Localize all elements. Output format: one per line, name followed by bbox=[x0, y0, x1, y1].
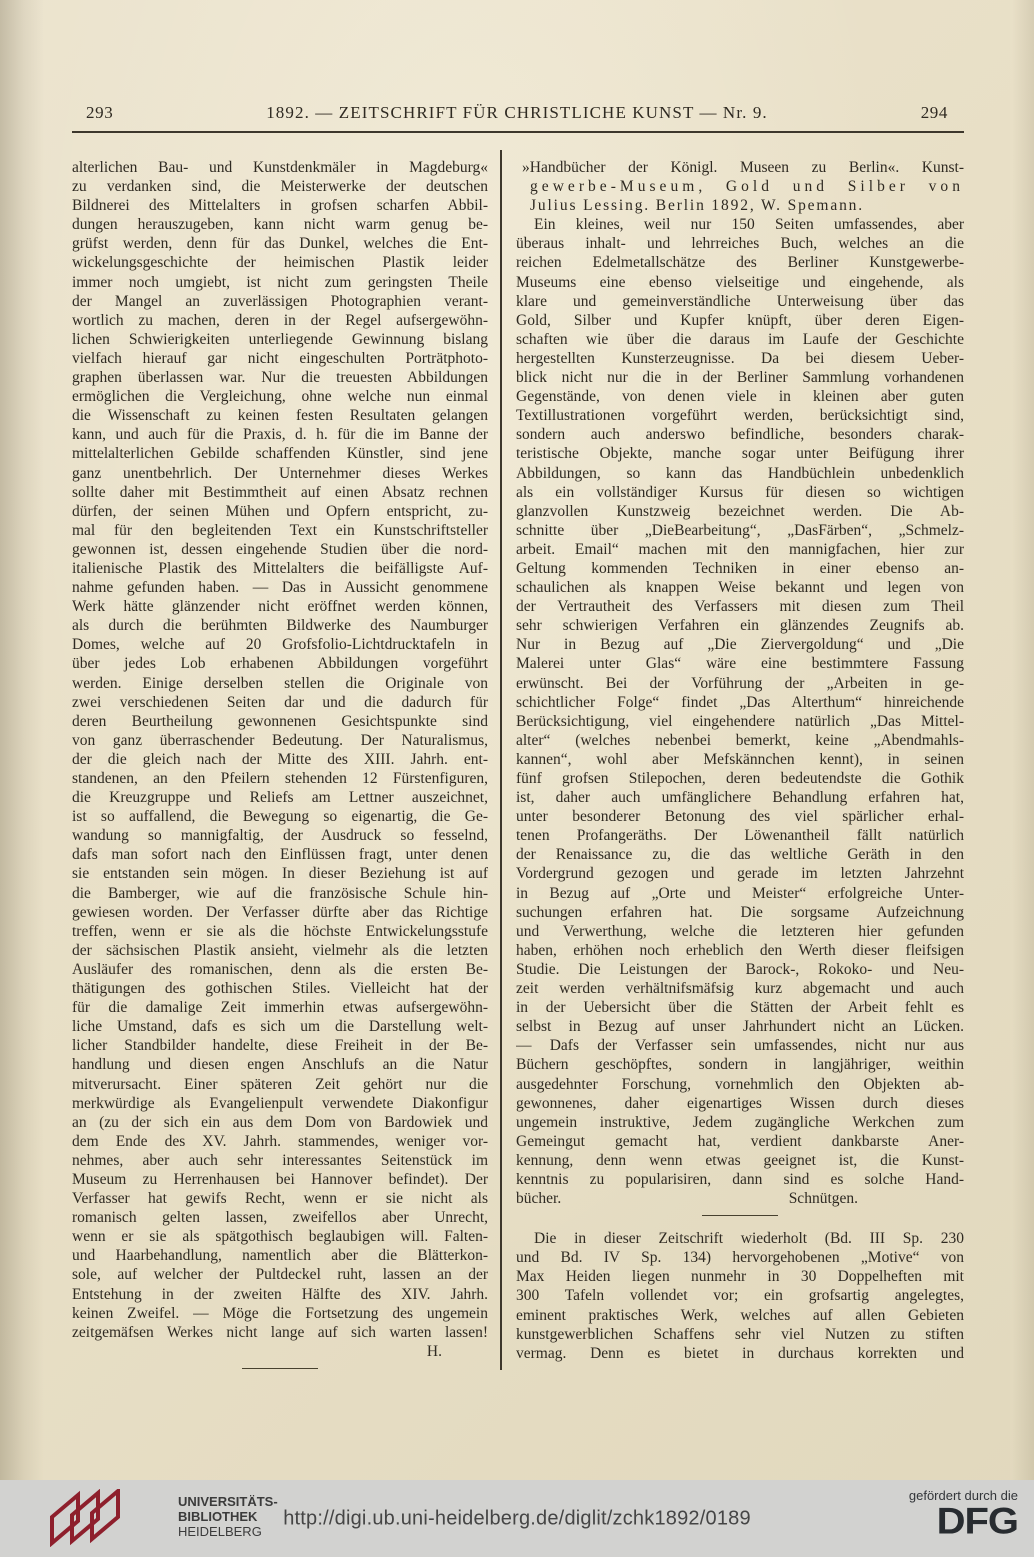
text-line: in der Uebersicht über die Stätten der A… bbox=[516, 998, 964, 1017]
text-line: eminent praktisches Werk, welches auf al… bbox=[516, 1306, 964, 1325]
text-line: die Kreuzgruppe und Reliefs am Lettner a… bbox=[72, 788, 488, 807]
text-line: an (zu der sich ein aus dem Dom von Bard… bbox=[72, 1113, 488, 1132]
text-line: Textillustrationen vorgeführt werden, be… bbox=[516, 406, 964, 425]
text-line: ist, daher auch umfänglichere Behandlung… bbox=[516, 788, 964, 807]
text-line: deren Beurtheilung gewonnenen Gesichtspu… bbox=[72, 712, 488, 731]
text-line: Geltung kommenden Techniken in einer ebe… bbox=[516, 559, 964, 578]
text-line: schaulichen als knappen Weise bekannt un… bbox=[516, 578, 964, 597]
text-line: Nur in Bezug auf „Die Ziervergoldung“ un… bbox=[516, 635, 964, 654]
text-line: sie entstanden sein mögen. In dieser Bez… bbox=[72, 864, 488, 883]
text-line: der die gleich nach der Mitte des XIII. … bbox=[72, 750, 488, 769]
text-line: schaften wie über die daraus im Laufe de… bbox=[516, 330, 964, 349]
text-line: Berücksichtigung, viel eingehendere natü… bbox=[516, 712, 964, 731]
text-line: alterlichen Bau- und Kunstdenkmäler in M… bbox=[72, 158, 488, 177]
text-line: tenen Profangeräths. Der Löwenantheil fä… bbox=[516, 826, 964, 845]
ub-label-line: BIBLIOTHEK bbox=[178, 1509, 278, 1524]
text-line: ausgedehnter Forschung, vornehmlich den … bbox=[516, 1075, 964, 1094]
ub-heidelberg-label: UNIVERSITÄTS- BIBLIOTHEK HEIDELBERG bbox=[178, 1494, 278, 1539]
text-line: ganz unentbehrlich. Der Unternehmer dies… bbox=[72, 464, 488, 483]
text-line: glanzvollen Kunstzweig bezeichnet werden… bbox=[516, 502, 964, 521]
text-line: merkwürdige als Evangelienpult verwendet… bbox=[72, 1094, 488, 1113]
scanned-journal-page: 293 1892. — ZEITSCHRIFT FÜR CHRISTLICHE … bbox=[0, 0, 1034, 1557]
digitization-footer-bar: UNIVERSITÄTS- BIBLIOTHEK HEIDELBERG http… bbox=[0, 1480, 1034, 1557]
text-line: — Dafs der Verfasser sein umfassendes, n… bbox=[516, 1036, 964, 1055]
text-line: standenen, an den Pfeilern stehenden 12 … bbox=[72, 769, 488, 788]
text-line: dafs man sofort nach den Einflüssen frag… bbox=[72, 845, 488, 864]
text-line: arbeit. Email“ machen mit den mannigfach… bbox=[516, 540, 964, 559]
text-line: sollte daher mit Bestimmtheit auf einen … bbox=[72, 483, 488, 502]
scan-shadow-right bbox=[1012, 0, 1034, 1480]
text-line: der Renaissance zu, die das weltliche Ge… bbox=[516, 845, 964, 864]
text-line: überaus inhalt- und lehrreiches Buch, we… bbox=[516, 234, 964, 253]
text-line: Werk hätte glänzender nicht eröffnet wer… bbox=[72, 597, 488, 616]
ub-label-line: HEIDELBERG bbox=[178, 1524, 278, 1539]
left-column: alterlichen Bau- und Kunstdenkmäler in M… bbox=[72, 158, 488, 1382]
text-line: der sächsischen Plastik ansieht, vielmeh… bbox=[72, 941, 488, 960]
article-end-rule bbox=[702, 1215, 778, 1216]
page-header: 293 1892. — ZEITSCHRIFT FÜR CHRISTLICHE … bbox=[86, 103, 948, 123]
text-line: gewonnenes, daher eigenartiges Wissen du… bbox=[516, 1094, 964, 1113]
text-line: vielfach hierauf gar nicht eingeschulten… bbox=[72, 349, 488, 368]
text-line: blick nicht nur die in der Berliner Samm… bbox=[516, 368, 964, 387]
text-line: wortlich zu machen, deren in der Regel a… bbox=[72, 311, 488, 330]
text-line: zeitgemäfsen Werkes nicht lange auf sich… bbox=[72, 1323, 488, 1342]
text-line: Bildnerei des Mittelalters in grofsen sc… bbox=[72, 196, 488, 215]
text-line: sehr schwierigen Verfahren ein glänzende… bbox=[516, 616, 964, 635]
text-line: Die in dieser Zeitschrift wiederholt (Bd… bbox=[516, 1229, 964, 1248]
text-line: liche Umstand, dafs es sich um die Darst… bbox=[72, 1017, 488, 1036]
dfg-funding-block: gefördert durch die DFG bbox=[909, 1488, 1018, 1542]
text-line: selbst in Bezug auf unser Jahrhundert ni… bbox=[516, 1017, 964, 1036]
text-line: Büchern geschöpftes, sondern in langjähr… bbox=[516, 1055, 964, 1074]
text-line: ungemein instruktive, Jedem zugängliche … bbox=[516, 1113, 964, 1132]
text-line: Vordergrund gezogen und gerade im letzte… bbox=[516, 864, 964, 883]
text-line: der Mangel an zuverlässigen Photographie… bbox=[72, 292, 488, 311]
text-line: italienische Plastik des Mittelalters di… bbox=[72, 559, 488, 578]
text-line: unter besonderer Betonung des viel spärl… bbox=[516, 807, 964, 826]
column-number-left: 293 bbox=[86, 103, 146, 123]
text-line: romanisch gelten lassen, zweifellos aber… bbox=[72, 1208, 488, 1227]
journal-title: 1892. — ZEITSCHRIFT FÜR CHRISTLICHE KUNS… bbox=[146, 103, 888, 123]
text-line: Ein kleines, weil nur 150 Seiten umfasse… bbox=[516, 215, 964, 234]
text-line: licher Standbilder handelte, diese Freih… bbox=[72, 1036, 488, 1055]
text-line: kunstgewerblichen Schaffens sehr viel Nu… bbox=[516, 1325, 964, 1344]
text-line: alter“ (welches nebenbei bemerkt, keine … bbox=[516, 731, 964, 750]
text-line: lichen Schwierigkeiten unterliegende Gew… bbox=[72, 330, 488, 349]
text-line: zeit werden verhältnifsmäfsig kurz abgem… bbox=[516, 979, 964, 998]
text-line: ermöglichen die Vergleichung, ohne welch… bbox=[72, 387, 488, 406]
dfg-logo: DFG bbox=[909, 1504, 1018, 1539]
text-line: ist so auffallend, die Bewegung so eigen… bbox=[72, 807, 488, 826]
text-line: handlung und diesen engen Anschlufs an d… bbox=[72, 1055, 488, 1074]
review-heading-line: Julius Lessing. Berlin 1892, W. Spemann. bbox=[516, 196, 964, 215]
review-signature-row: bücher. Schnütgen. bbox=[516, 1189, 964, 1208]
text-line: mal für den begleitenden Text ein Kunsts… bbox=[72, 521, 488, 540]
text-line: Domes, welche auf 20 Grofsfolio-Lichtdru… bbox=[72, 635, 488, 654]
review-heading-line: gewerbe-Museum, Gold und Silber von bbox=[516, 177, 964, 196]
text-line: kannen“, wohl aber Mefskännchen kennt), … bbox=[516, 750, 964, 769]
text-line: wickelungsgeschichte der heimischen Plas… bbox=[72, 253, 488, 272]
text-line: haben, erhöhen noch erheblich den Werth … bbox=[516, 941, 964, 960]
text-line: schnitte über „DieBearbeitung“, „DasFärb… bbox=[516, 521, 964, 540]
ub-heidelberg-books-icon bbox=[38, 1489, 148, 1547]
text-line: dürfen, der seinen Mühen und Opfern ents… bbox=[72, 502, 488, 521]
text-line: Ausläufer des romanischen, denn als die … bbox=[72, 960, 488, 979]
text-line: immer noch umgiebt, ist nicht zum gering… bbox=[72, 273, 488, 292]
text-line: Verfasser hat gewifs Recht, wenn er sie … bbox=[72, 1189, 488, 1208]
text-line: grüfst werden, denn für das Dunkel, welc… bbox=[72, 234, 488, 253]
review-heading-line: »Handbücher der Königl. Museen zu Berlin… bbox=[516, 158, 964, 177]
text-line: als durch die berühmten Bildwerke des Na… bbox=[72, 616, 488, 635]
text-line: von ganz überraschender Bedeutung. Der N… bbox=[72, 731, 488, 750]
text-line: für die damalige Zeit immerhin etwas auf… bbox=[72, 998, 488, 1017]
text-line: treffen, wenn er sie als die höchste Ent… bbox=[72, 922, 488, 941]
text-line: zu verdanken sind, die Meisterwerke der … bbox=[72, 177, 488, 196]
notice-text: Die in dieser Zeitschrift wiederholt (Bd… bbox=[516, 1229, 964, 1363]
text-line: vermag. Denn es bietet in durchaus korre… bbox=[516, 1344, 964, 1363]
text-line: teristische Objekte, manche sogar unter … bbox=[516, 444, 964, 463]
text-line: die Wissenschaft zu keinen festen Result… bbox=[72, 406, 488, 425]
text-line: als ein vollständiger Kursus für diesen … bbox=[516, 483, 964, 502]
ub-label-line: UNIVERSITÄTS- bbox=[178, 1494, 278, 1509]
text-line: wenn er sie als spätgothisch beglaubigen… bbox=[72, 1227, 488, 1246]
scan-shadow-left bbox=[0, 0, 44, 1480]
text-line: keinen Zweifel. — Möge die Fortsetzung d… bbox=[72, 1304, 488, 1323]
text-line: Max Heiden liegen nunmehr in 30 Doppelhe… bbox=[516, 1267, 964, 1286]
text-line: fünf grofsen Stilepochen, deren bedeuten… bbox=[516, 769, 964, 788]
right-column: »Handbücher der Königl. Museen zu Berlin… bbox=[516, 158, 964, 1363]
text-line: Gemeingut gemacht hat, verdient dankbars… bbox=[516, 1132, 964, 1151]
text-line: Gold, Silber und Kupfer knüpft, über der… bbox=[516, 311, 964, 330]
text-line: 300 Tafeln vollendet vor; ein grofsartig… bbox=[516, 1286, 964, 1305]
text-line: erwünscht. Bei der Vorführung der „Arbei… bbox=[516, 674, 964, 693]
text-line: Malerei unter Glas“ wäre eine bestimmter… bbox=[516, 654, 964, 673]
left-column-text: alterlichen Bau- und Kunstdenkmäler in M… bbox=[72, 158, 488, 1342]
text-line: graphen überlassen war. Nur die treueste… bbox=[72, 368, 488, 387]
text-line: dem Ende des XV. Jahrh. stammendes, weni… bbox=[72, 1132, 488, 1151]
text-line: hergestellten Kunsterzeugnisse. Da bei d… bbox=[516, 349, 964, 368]
text-line: schichtlicher Folge“ findet „Das Alterth… bbox=[516, 693, 964, 712]
text-line: sole, auf welcher der Pultdeckel ruht, l… bbox=[72, 1265, 488, 1284]
text-line: wandung so mannigfaltig, der Ausdruck so… bbox=[72, 826, 488, 845]
column-number-right: 294 bbox=[888, 103, 948, 123]
article-end-rule bbox=[242, 1368, 318, 1369]
text-line: zwei verschiedenen Seiten dar und die da… bbox=[72, 693, 488, 712]
text-line: gewiesen worden. Der Verfasser dürfte ab… bbox=[72, 903, 488, 922]
review-last-word: bücher. bbox=[516, 1189, 561, 1208]
text-line: Studie. Die Leistungen der Barock-, Roko… bbox=[516, 960, 964, 979]
text-line: und Haarbehandlung, namentlich aber die … bbox=[72, 1246, 488, 1265]
text-line: und Verwerthung, welche die letzteren hi… bbox=[516, 922, 964, 941]
text-line: gewonnen ist, dessen eingehende Studien … bbox=[72, 540, 488, 559]
text-line: dungen herauszugeben, kann nicht warm ge… bbox=[72, 215, 488, 234]
text-line: thätigungen des gothischen Stiles. Viell… bbox=[72, 979, 488, 998]
text-line: die Bamberger, wie auf die französische … bbox=[72, 884, 488, 903]
column-divider bbox=[500, 150, 502, 1370]
text-line: nahme gefunden haben. — Das in Aussicht … bbox=[72, 578, 488, 597]
author-initial: H. bbox=[72, 1342, 488, 1361]
text-line: reichen Edelmetallschätze des Berliner K… bbox=[516, 253, 964, 272]
text-line: werden. Einige derselben stellen die Ori… bbox=[72, 674, 488, 693]
author-signature: Schnütgen. bbox=[789, 1189, 858, 1208]
text-line: Museums eine ebenso vielseitige und eing… bbox=[516, 273, 964, 292]
review-body-text: Ein kleines, weil nur 150 Seiten umfasse… bbox=[516, 215, 964, 1189]
text-line: suchungen erfahren hat. Die sorgsame Auf… bbox=[516, 903, 964, 922]
text-line: über jedes Lob erhabenen Abbildungen vor… bbox=[72, 654, 488, 673]
text-line: und Bd. IV Sp. 134) hervorgehobenen „Mot… bbox=[516, 1248, 964, 1267]
text-line: nehmes, aber auch sehr interessantes Sei… bbox=[72, 1151, 488, 1170]
text-line: in Bezug auf „Orte und Meister“ erfolgre… bbox=[516, 884, 964, 903]
digitization-url: http://digi.ub.uni-heidelberg.de/diglit/… bbox=[283, 1507, 751, 1530]
text-line: Museum zu Herrenhausen bei Hannover befi… bbox=[72, 1170, 488, 1189]
text-line: mitverursacht. Einer späteren Zeit gehör… bbox=[72, 1075, 488, 1094]
text-line: klare und gemeinverständliche Unterweisu… bbox=[516, 292, 964, 311]
header-rule bbox=[72, 131, 964, 133]
text-line: sondern auch anderswo befindliche, beson… bbox=[516, 425, 964, 444]
text-line: Gegenstände, von denen viele in kleinen … bbox=[516, 387, 964, 406]
text-line: kenntnis zu popularisiren, dann sind es … bbox=[516, 1170, 964, 1189]
text-line: mittelalterlichen Gebilde schaffenden Kü… bbox=[72, 444, 488, 463]
text-line: kann, und auch für die Praxis, d. h. für… bbox=[72, 425, 488, 444]
text-line: Abbildungen, so kann das Handbüchlein un… bbox=[516, 464, 964, 483]
text-line: kennung, denn wenn etwas geeignet ist, d… bbox=[516, 1151, 964, 1170]
text-line: Entstehung in der zweiten Hälfte des XIV… bbox=[72, 1285, 488, 1304]
text-line: der Vertrautheit des Verfassers mit dies… bbox=[516, 597, 964, 616]
